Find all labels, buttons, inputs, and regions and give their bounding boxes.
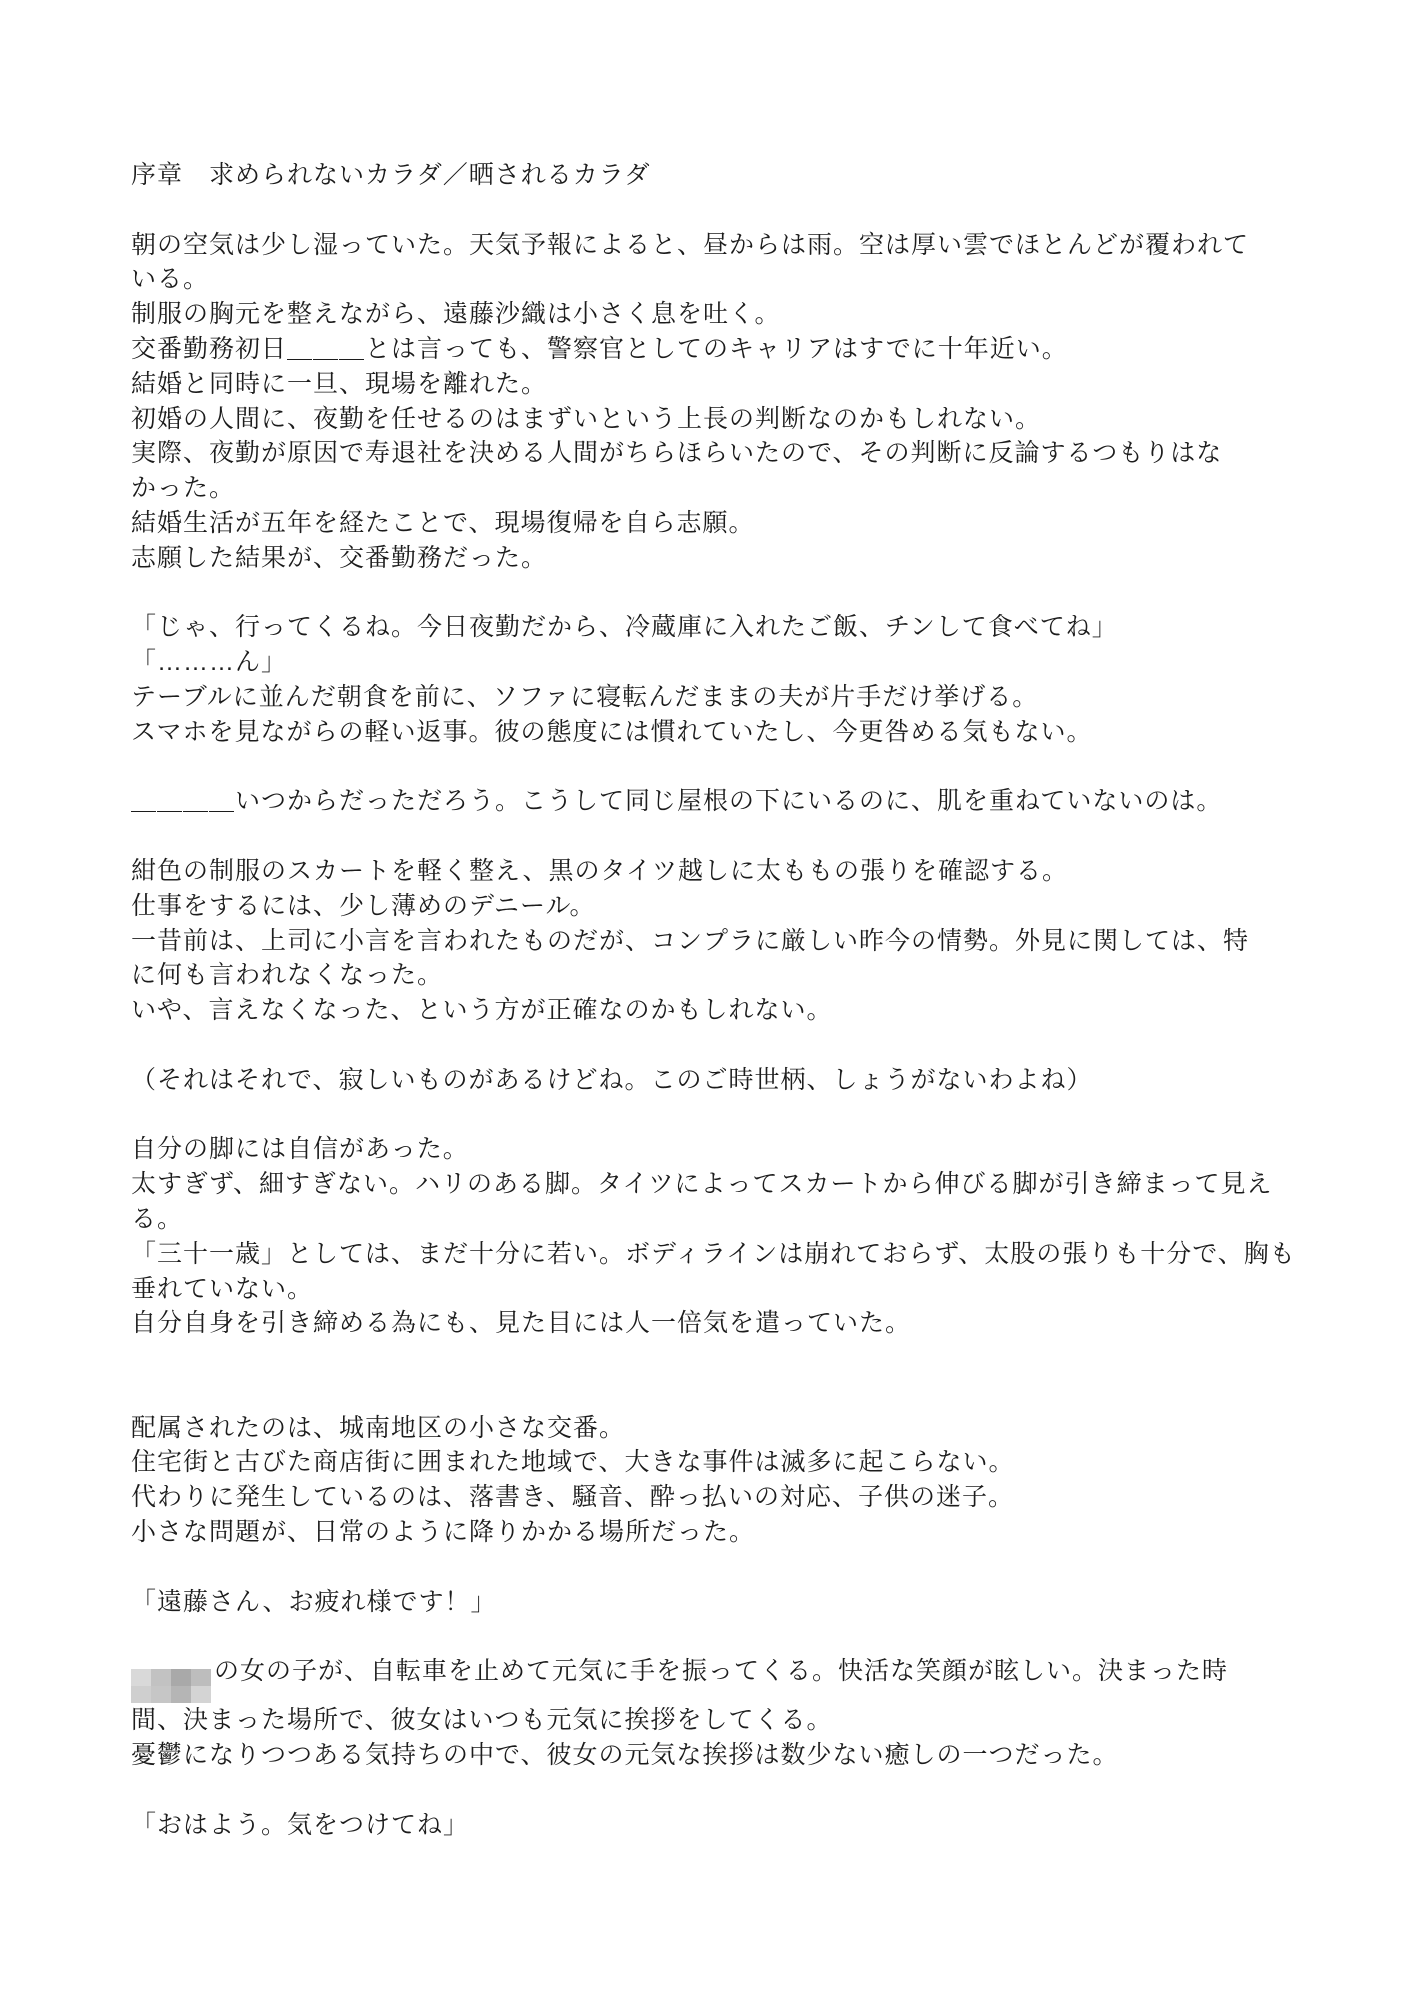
text-line: 代わりに発生しているのは、落書き、騒音、酔っ払いの対応、子供の迷子。 [131, 1480, 1306, 1515]
text-line: 自分の脚には自信があった。 [131, 1132, 1306, 1167]
text-line: 実際、夜勤が原因で寿退社を決める人間がちらほらいたので、その判断に反論するつもり… [131, 436, 1306, 471]
text-line: 「遠藤さん、お疲れ様です！」 [131, 1585, 1306, 1620]
text-line: ＿＿＿＿いつからだっただろう。こうして同じ屋根の下にいるのに、肌を重ねていないの… [131, 784, 1306, 819]
text-line: 仕事をするには、少し薄めのデニール。 [131, 889, 1306, 924]
mosaic-cell [131, 1669, 151, 1686]
blank-line [131, 1028, 1306, 1063]
blank-line [131, 1341, 1306, 1376]
text-line: （それはそれで、寂しいものがあるけどね。このご時世柄、しょうがないわよね） [131, 1063, 1306, 1098]
text-line: 「三十一歳」としては、まだ十分に若い。ボディラインは崩れておらず、太股の張りも十… [131, 1237, 1306, 1272]
text-line: 結婚と同時に一旦、現場を離れた。 [131, 367, 1306, 402]
mosaic-cell [151, 1686, 171, 1703]
text-line: 太すぎず、細すぎない。ハリのある脚。タイツによってスカートから伸びる脚が引き締ま… [131, 1167, 1306, 1202]
text-line: 垂れていない。 [131, 1272, 1306, 1307]
text-line: 一昔前は、上司に小言を言われたものだが、コンプラに厳しい昨今の情勢。外見に関して… [131, 924, 1306, 959]
blank-line [131, 1619, 1306, 1654]
text-line: 紺色の制服のスカートを軽く整え、黒のタイツ越しに太ももの張りを確認する。 [131, 854, 1306, 889]
blank-line [131, 1098, 1306, 1133]
text-line: 交番勤務初日＿＿＿とは言っても、警察官としてのキャリアはすでに十年近い。 [131, 332, 1306, 367]
text-line: 初婚の人間に、夜勤を任せるのはまずいという上長の判断なのかもしれない。 [131, 402, 1306, 437]
text-line: 配属されたのは、城南地区の小さな交番。 [131, 1411, 1306, 1446]
text-line: 結婚生活が五年を経たことで、現場復帰を自ら志願。 [131, 506, 1306, 541]
text-line: 志願した結果が、交番勤務だった。 [131, 541, 1306, 576]
blank-line [131, 1376, 1306, 1411]
mosaic-row [131, 1669, 211, 1686]
text-line: の女の子が、自転車を止めて元気に手を振ってくる。快活な笑顔が眩しい。決まった時 [131, 1654, 1306, 1703]
text-line: 「おはよう。気をつけてね」 [131, 1808, 1306, 1843]
text-line: いる。 [131, 262, 1306, 297]
text-line: る。 [131, 1202, 1306, 1237]
blank-line [131, 1773, 1306, 1808]
chapter-title: 序章 求められないカラダ／晒されるカラダ [131, 158, 1306, 193]
text-line: 住宅街と古びた商店街に囲まれた地域で、大きな事件は滅多に起こらない。 [131, 1445, 1306, 1480]
text-line: かった。 [131, 471, 1306, 506]
blank-line [131, 193, 1306, 228]
text-line: 「じゃ、行ってくるね。今日夜勤だから、冷蔵庫に入れたご飯、チンして食べてね」 [131, 610, 1306, 645]
text-line: テーブルに並んだ朝食を前に、ソファに寝転んだままの夫が片手だけ挙げる。 [131, 680, 1306, 715]
document-content: 序章 求められないカラダ／晒されるカラダ 朝の空気は少し湿っていた。天気予報によ… [131, 158, 1306, 1842]
blank-line [131, 819, 1306, 854]
document-page: 序章 求められないカラダ／晒されるカラダ 朝の空気は少し湿っていた。天気予報によ… [0, 0, 1414, 2000]
blank-line [131, 750, 1306, 785]
mosaic-cell [191, 1669, 211, 1686]
blank-line [131, 1550, 1306, 1585]
text-line: スマホを見ながらの軽い返事。彼の態度には慣れていたし、今更咎める気もない。 [131, 715, 1306, 750]
text-line: 憂鬱になりつつある気持ちの中で、彼女の元気な挨拶は数少ない癒しの一つだった。 [131, 1738, 1306, 1773]
mosaic-cell [131, 1686, 151, 1703]
mosaic-cell [191, 1686, 211, 1703]
mosaic-cell [171, 1669, 191, 1686]
text-line: 制服の胸元を整えながら、遠藤沙織は小さく息を吐く。 [131, 297, 1306, 332]
text-line: に何も言われなくなった。 [131, 958, 1306, 993]
text-line: 朝の空気は少し湿っていた。天気予報によると、昼からは雨。空は厚い雲でほとんどが覆… [131, 228, 1306, 263]
censored-mosaic [131, 1669, 211, 1703]
mosaic-row [131, 1686, 211, 1703]
blank-line [131, 576, 1306, 611]
text-line: 自分自身を引き締める為にも、見た目には人一倍気を遣っていた。 [131, 1306, 1306, 1341]
text-line: 間、決まった場所で、彼女はいつも元気に挨拶をしてくる。 [131, 1703, 1306, 1738]
text-line: いや、言えなくなった、という方が正確なのかもしれない。 [131, 993, 1306, 1028]
document-body: 朝の空気は少し湿っていた。天気予報によると、昼からは雨。空は厚い雲でほとんどが覆… [131, 193, 1306, 1843]
text-line: 小さな問題が、日常のように降りかかる場所だった。 [131, 1515, 1306, 1550]
mosaic-cell [171, 1686, 191, 1703]
text-line: 「………ん」 [131, 645, 1306, 680]
mosaic-cell [151, 1669, 171, 1686]
